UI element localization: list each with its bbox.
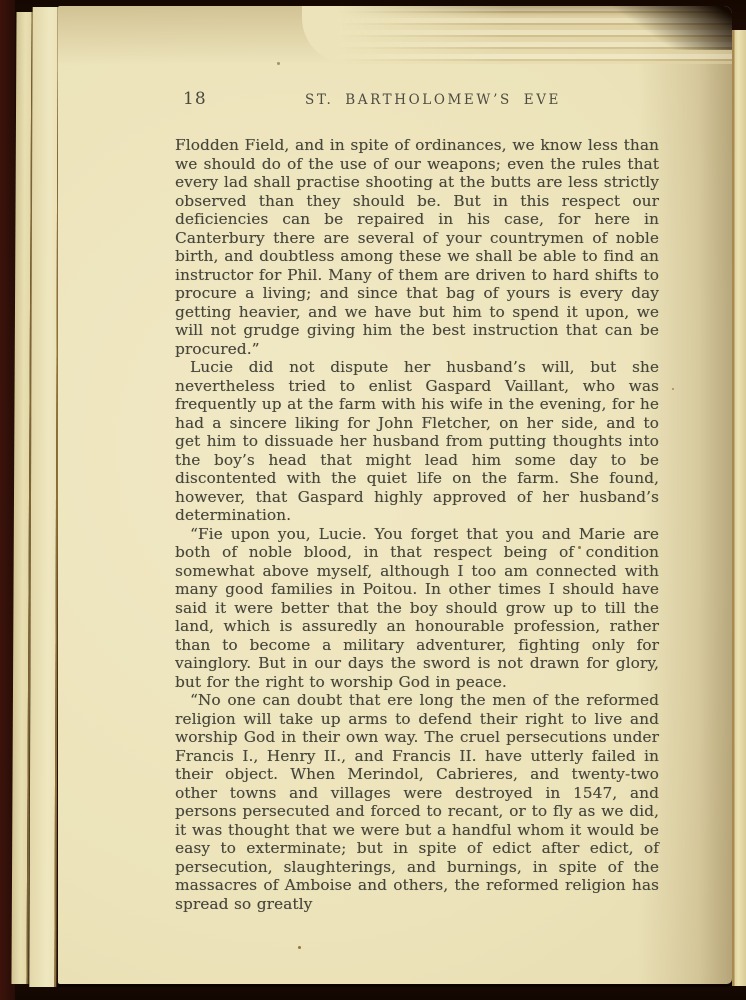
page-edge-left-inner — [29, 7, 59, 987]
page-edge-right — [732, 30, 746, 986]
text-block: 18 ST. BARTHOLOMEW’S EVE Flodden Field, … — [175, 88, 659, 913]
page-header: 18 ST. BARTHOLOMEW’S EVE — [175, 88, 659, 114]
book-page: 18 ST. BARTHOLOMEW’S EVE Flodden Field, … — [58, 6, 732, 984]
running-header: ST. BARTHOLOMEW’S EVE — [175, 88, 659, 108]
body-text: Flodden Field, and in spite of ordinance… — [175, 136, 659, 913]
paper-speck — [298, 946, 301, 949]
paragraph-3: “Fie upon you, Lucie. You forget that yo… — [175, 525, 659, 692]
paragraph-4: “No one can doubt that ere long the men … — [175, 691, 659, 913]
paper-speck — [277, 62, 280, 65]
paper-speck — [672, 388, 674, 390]
page-number: 18 — [183, 89, 207, 109]
book-photo: 18 ST. BARTHOLOMEW’S EVE Flodden Field, … — [0, 0, 746, 1000]
paragraph-2: Lucie did not dispute her husband’s will… — [175, 358, 659, 525]
paragraph-1: Flodden Field, and in spite of ordinance… — [175, 136, 659, 358]
shadow-top-right — [572, 6, 732, 50]
